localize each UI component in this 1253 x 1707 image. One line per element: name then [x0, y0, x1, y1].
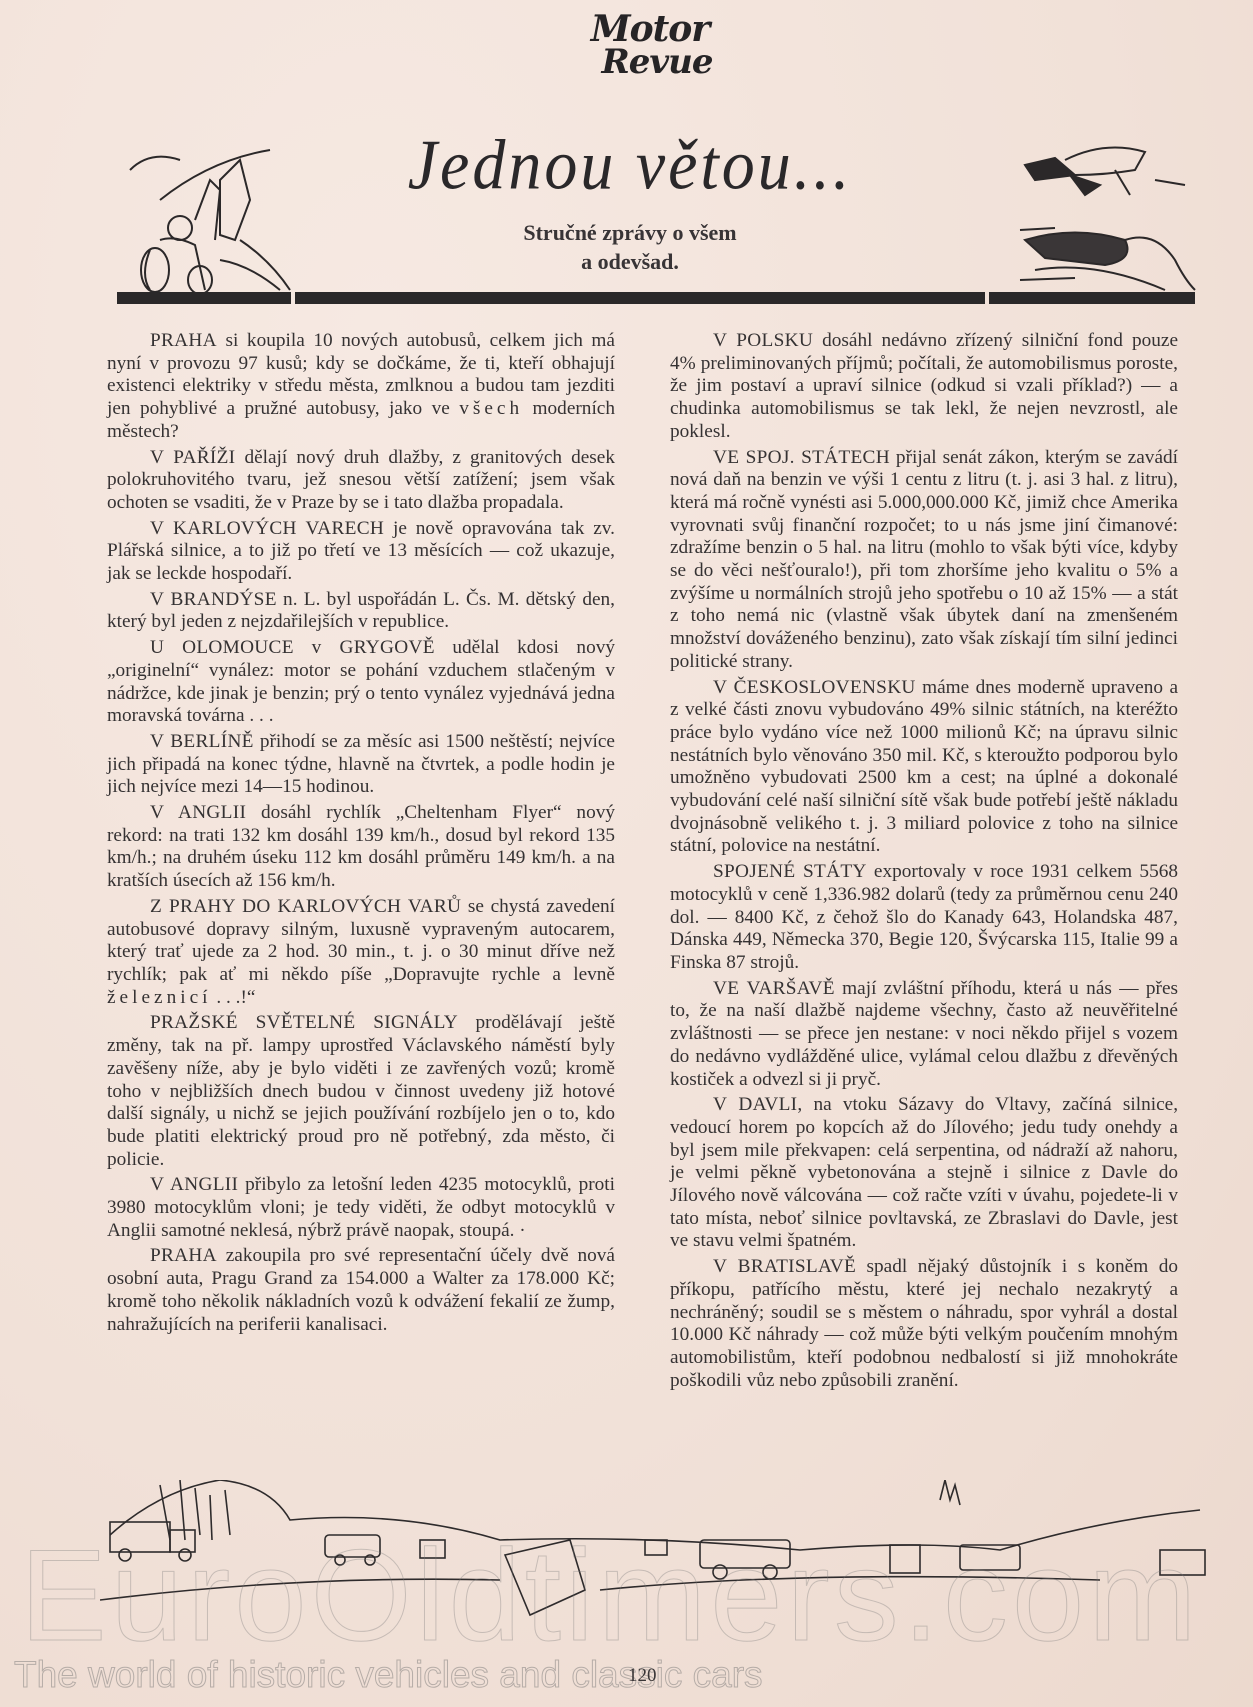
- news-item-lead: V KARLOVÝCH VARECH: [150, 518, 384, 539]
- motorcycle-racer-illustration: [120, 140, 300, 295]
- news-item-text: přijal senát zákon, kterým se zavádí nov…: [670, 447, 1178, 672]
- news-item: V POLSKU dosáhl nedávno zřízený silniční…: [670, 330, 1178, 444]
- left-column: PRAHA si koupila 10 nových autobusů, cel…: [107, 330, 615, 1339]
- news-item: PRAŽSKÉ SVĚTELNÉ SIGNÁLY prodělávají ješ…: [107, 1012, 615, 1171]
- news-item-text: , na vtoku Sázavy do Vltavy, začíná siln…: [670, 1094, 1178, 1251]
- news-item: SPOJENÉ STÁTY exportovaly v roce 1931 ce…: [670, 861, 1178, 975]
- news-item-lead: PRAHA: [150, 330, 217, 351]
- header-divider-center: [295, 292, 985, 304]
- news-item: VE VARŠAVĚ mají zvláštní příhodu, která …: [670, 978, 1178, 1092]
- logo-line-2: Revue: [574, 46, 740, 78]
- news-item: V ANGLII přibylo za letošní leden 4235 m…: [107, 1174, 615, 1242]
- news-item: V DAVLI, na vtoku Sázavy do Vltavy, začí…: [670, 1094, 1178, 1253]
- news-item-lead: PRAŽSKÉ SVĚTELNÉ SIGNÁLY: [150, 1012, 458, 1033]
- news-item: V ČESKOSLOVENSKU máme dnes moderně uprav…: [670, 677, 1178, 859]
- news-item-lead: PRAHA: [150, 1245, 217, 1266]
- news-item: V BRANDÝSE n. L. byl uspořádán L. Čs. M.…: [107, 589, 615, 634]
- header-divider-left: [117, 292, 291, 304]
- news-item: Z PRAHY DO KARLOVÝCH VARŮ se chystá zave…: [107, 896, 615, 1010]
- news-item-lead: V BERLÍNĚ: [150, 731, 254, 752]
- logo-line-1: Motor: [560, 12, 740, 46]
- news-item-lead: V BRANDÝSE: [150, 589, 277, 610]
- article-title: Jednou větou...: [340, 125, 920, 207]
- news-item: U OLOMOUCE v GRYGOVĚ udělal kdosi nový „…: [107, 637, 615, 728]
- news-item: VE SPOJ. STÁTECH přijal senát zákon, kte…: [670, 447, 1178, 674]
- news-item: V BRATISLAVĚ spadl nějaký důstojník i s …: [670, 1256, 1178, 1392]
- news-item-lead: U OLOMOUCE v GRYGOVĚ: [150, 637, 435, 658]
- news-item-lead: VE SPOJ. STÁTECH: [713, 447, 890, 468]
- news-item-text: prodělávají ještě změny, tak na př. lamp…: [107, 1012, 615, 1169]
- news-item-lead: V ČESKOSLOVENSKU: [713, 677, 916, 698]
- news-item-lead: V BRATISLAVĚ: [713, 1256, 856, 1277]
- news-item-lead: V PAŘÍŽI: [150, 447, 235, 468]
- magazine-logo: Motor Revue: [560, 12, 740, 78]
- header-divider-right: [989, 292, 1195, 304]
- news-item-lead: V DAVLI: [713, 1094, 797, 1115]
- watermark-logo: EuroOldtimers.com: [20, 1520, 1201, 1670]
- news-item-tail: . . .!“: [212, 987, 256, 1008]
- news-item-lead: V ANGLII: [150, 1174, 238, 1195]
- subtitle-line-1: Stručné zprávy o všem: [440, 218, 820, 247]
- news-item-emphasis: všech: [459, 398, 523, 419]
- news-item-emphasis: železnicí: [107, 987, 212, 1008]
- news-item-lead: VE VARŠAVĚ: [713, 978, 835, 999]
- news-item-text: máme dnes moderně upraveno a z velké čás…: [670, 677, 1178, 857]
- page-number: 120: [628, 1665, 657, 1687]
- subtitle-line-2: a odevšad.: [440, 247, 820, 276]
- article-subtitle: Stručné zprávy o všem a odevšad.: [440, 218, 820, 276]
- news-item: PRAHA si koupila 10 nových autobusů, cel…: [107, 330, 615, 444]
- news-item-lead: V POLSKU: [713, 330, 813, 351]
- airplane-and-speedboat-illustration: [1015, 140, 1205, 295]
- news-item-lead: Z PRAHY DO KARLOVÝCH VARŮ: [150, 896, 461, 917]
- news-item-lead: V ANGLII: [150, 802, 246, 823]
- news-item: V KARLOVÝCH VARECH je nově opravována ta…: [107, 518, 615, 586]
- news-item: V ANGLII dosáhl rychlík „Cheltenham Flye…: [107, 802, 615, 893]
- news-item: V PAŘÍŽI dělají nový druh dlažby, z gran…: [107, 447, 615, 515]
- news-item-lead: SPOJENÉ STÁTY: [713, 861, 867, 882]
- news-item: PRAHA zakoupila pro své representační úč…: [107, 1245, 615, 1336]
- news-item: V BERLÍNĚ přihodí se za měsíc asi 1500 n…: [107, 731, 615, 799]
- right-column: V POLSKU dosáhl nedávno zřízený silniční…: [670, 330, 1178, 1395]
